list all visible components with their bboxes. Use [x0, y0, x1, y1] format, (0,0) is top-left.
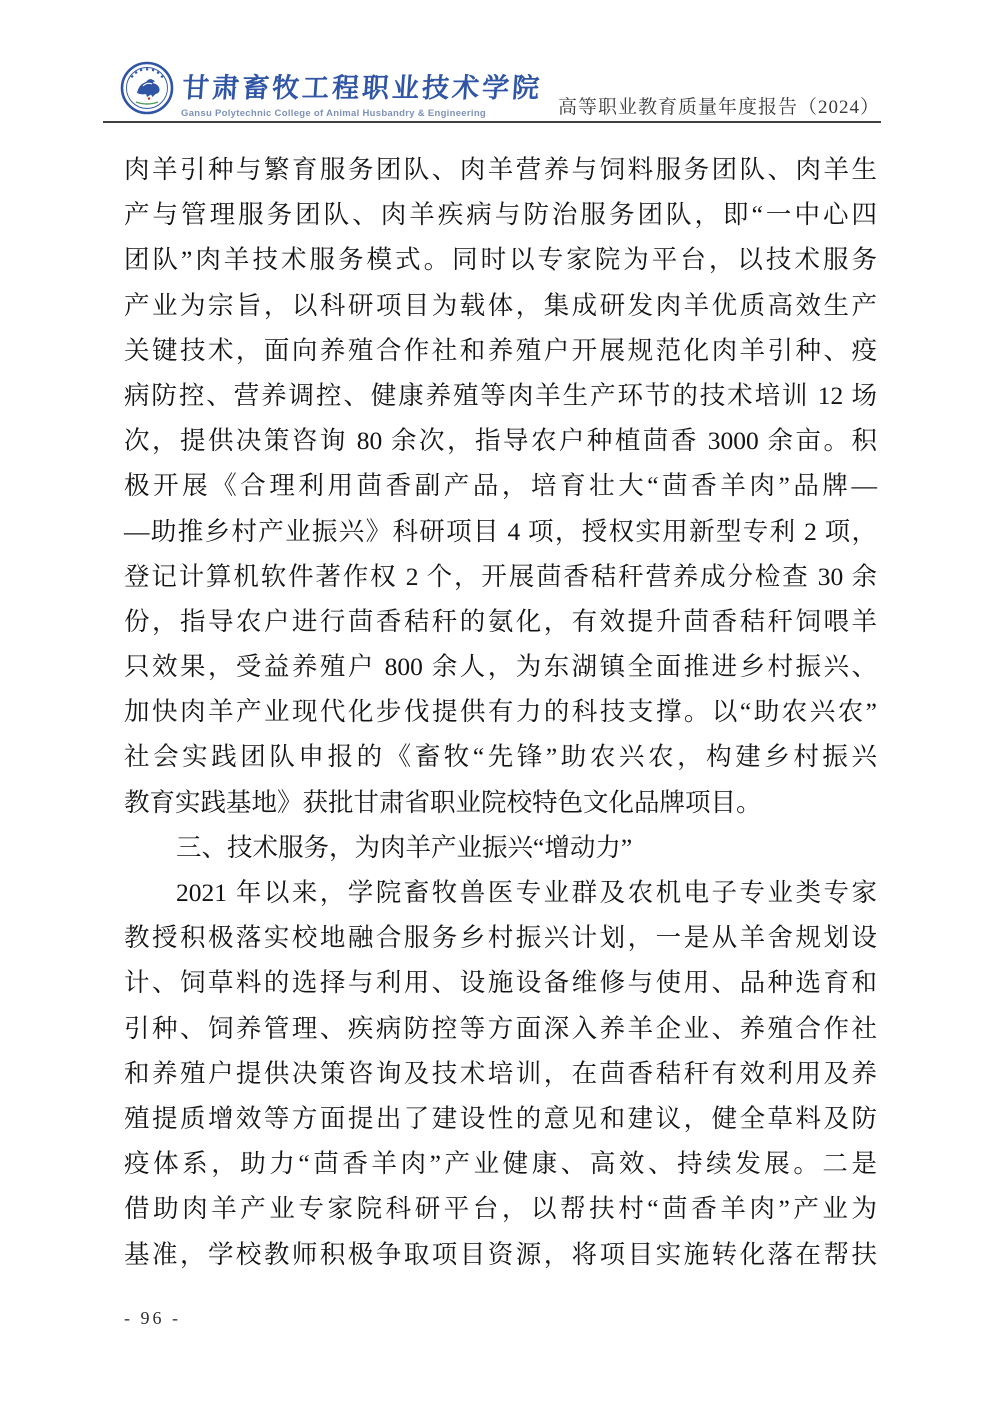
text-line: 三、技术服务，为肉羊产业振兴“增动力” — [124, 825, 877, 870]
text-line: 社会实践团队申报的《畜牧“先锋”助农兴农，构建乡村振兴 — [124, 734, 877, 779]
header-divider — [103, 121, 881, 123]
text-line: 份，指导农户进行茴香秸秆的氨化，有效提升茴香秸秆饲喂羊 — [124, 599, 877, 644]
text-line: —助推乡村产业振兴》科研项目 4 项，授权实用新型专利 2 项， — [124, 509, 877, 554]
college-name-en: Gansu Polytechnic College of Animal Husb… — [181, 108, 611, 119]
college-brand: 甘肃畜牧工程职业技术学院 Gansu Polytechnic College o… — [181, 66, 611, 119]
text-line: 和养殖户提供决策咨询及技术培训，在茴香秸秆有效利用及养 — [124, 1051, 877, 1096]
text-line: 次，提供决策咨询 80 余次，指导农户种植茴香 3000 余亩。积 — [124, 418, 877, 463]
text-line: 肉羊引种与繁育服务团队、肉羊营养与饲料服务团队、肉羊生 — [124, 147, 877, 192]
report-title: 高等职业教育质量年度报告（2024） — [558, 92, 880, 119]
text-line: 病防控、营养调控、健康养殖等肉羊生产环节的技术培训 12 场 — [124, 373, 877, 418]
text-line: 引种、饲养管理、疾病防控等方面深入养羊企业、养殖合作社 — [124, 1006, 877, 1051]
text-line: 疫体系，助力“茴香羊肉”产业健康、高效、持续发展。二是 — [124, 1141, 877, 1186]
text-line: 计、饲草料的选择与利用、设施设备维修与使用、品种选育和 — [124, 960, 877, 1005]
text-line: 教授积极落实校地融合服务乡村振兴计划，一是从羊舍规划设 — [124, 915, 877, 960]
text-line: 登记计算机软件著作权 2 个，开展茴香秸秆营养成分检查 30 余 — [124, 554, 877, 599]
text-line: 加快肉羊产业现代化步伐提供有力的科技支撑。以“助农兴农” — [124, 689, 877, 734]
text-line: 2021 年以来，学院畜牧兽医专业群及农机电子专业类专家 — [124, 870, 877, 915]
text-line: 产业为宗旨，以科研项目为载体，集成研发肉羊优质高效生产 — [124, 283, 877, 328]
text-line: 基准，学校教师积极争取项目资源，将项目实施转化落在帮扶 — [124, 1232, 877, 1277]
page-header: 甘肃畜牧工程职业技术学院 Gansu Polytechnic College o… — [0, 0, 1000, 130]
college-name-zh: 甘肃畜牧工程职业技术学院 — [181, 66, 614, 105]
page-number: - 96 - — [124, 1308, 181, 1329]
text-line: 关键技术，面向养殖合作社和养殖户开展规范化肉羊引种、疫 — [124, 328, 877, 373]
document-body: 肉羊引种与繁育服务团队、肉羊营养与饲料服务团队、肉羊生产与管理服务团队、肉羊疾病… — [124, 147, 877, 1277]
text-line: 殖提质增效等方面提出了建设性的意见和建议，健全草料及防 — [124, 1096, 877, 1141]
text-line: 只效果，受益养殖户 800 余人，为东湖镇全面推进乡村振兴、 — [124, 644, 877, 689]
text-line: 借助肉羊产业专家院科研平台，以帮扶村“茴香羊肉”产业为 — [124, 1186, 877, 1231]
document-page: 甘肃畜牧工程职业技术学院 Gansu Polytechnic College o… — [0, 0, 1000, 1414]
text-line: 教育实践基地》获批甘肃省职业院校特色文化品牌项目。 — [124, 780, 877, 825]
text-line: 产与管理服务团队、肉羊疾病与防治服务团队，即“一中心四 — [124, 192, 877, 237]
college-seal-icon — [119, 60, 175, 116]
text-line: 极开展《合理利用茴香副产品，培育壮大“茴香羊肉”品牌— — [124, 463, 877, 508]
text-line: 团队”肉羊技术服务模式。同时以专家院为平台，以技术服务 — [124, 237, 877, 282]
